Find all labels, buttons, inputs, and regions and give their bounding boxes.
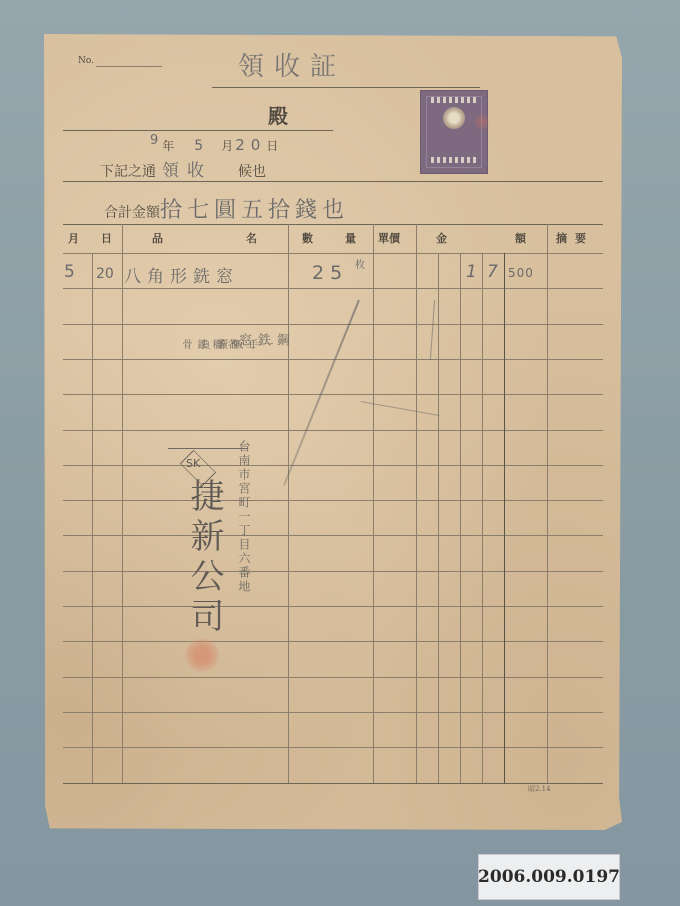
header-day: 日 [101, 230, 112, 246]
receipt-suffix: 候也 [238, 164, 266, 180]
table-row-line [63, 571, 603, 572]
table-row-line [63, 535, 603, 536]
total-row: 合計金額拾七圓五拾錢也 [104, 193, 349, 224]
table-row-line [63, 677, 603, 678]
table-column-line [482, 253, 483, 783]
number-line [96, 66, 162, 67]
day-value: 20 [235, 136, 266, 154]
divider-2 [63, 224, 603, 225]
receipt-prefix: 下記之通 [100, 164, 156, 180]
receipt-statement: 下記之通領收候也 [100, 156, 266, 181]
year-label: 年 [162, 137, 174, 154]
day-label: 日 [266, 137, 278, 154]
row-item: 八角形銑窓 [124, 262, 239, 287]
catalog-number-label: 2006.009.0197 [478, 854, 620, 900]
month-value: 5 [194, 138, 203, 154]
header-qty-1: 數 [302, 230, 313, 246]
sk-badge-text: SK [186, 457, 200, 470]
red-cancel-mark [474, 112, 490, 132]
row-quantity: 25 [312, 262, 348, 284]
stamp-service-4: 各種鉄骨 [178, 339, 238, 350]
number-label: No. [78, 56, 94, 66]
row-month: 5 [64, 262, 75, 282]
date-row: 9年5月20日 [150, 136, 278, 154]
row-day: 20 [96, 266, 114, 282]
table-row-line [63, 253, 603, 254]
table-column-line [504, 253, 505, 783]
table-column-line [438, 253, 439, 783]
table-row-line [63, 394, 603, 395]
table-row-line [63, 500, 603, 501]
revenue-stamp [420, 90, 488, 174]
header-amount-1: 金 [436, 230, 447, 246]
year-value: 9 [150, 133, 158, 148]
table-column-line [288, 224, 289, 783]
header-qty-2: 量 [345, 230, 356, 246]
table-column-line [547, 224, 548, 783]
table-row-line [63, 641, 603, 642]
company-address: 台南市宮町一丁目六番地 [236, 440, 253, 594]
receipt-handwritten: 領收 [162, 161, 212, 181]
company-name: 捷新公司 [180, 478, 229, 638]
table-row-line [63, 747, 603, 748]
table-row-line [63, 430, 603, 431]
total-amount: 拾七圓五拾錢也 [160, 198, 349, 223]
table-row-line [63, 288, 603, 289]
table-column-line [460, 253, 461, 783]
table-row-line [63, 465, 603, 466]
header-month: 月 [68, 230, 79, 246]
table-row-line [63, 324, 603, 325]
header-item-2: 名 [246, 230, 257, 246]
month-label: 月 [221, 137, 233, 154]
chrysanthemum-icon [443, 107, 465, 129]
divider-1 [63, 181, 603, 182]
row-amount-ones: 7 [487, 262, 498, 282]
header-item-1: 品 [152, 230, 163, 246]
table-column-line [373, 224, 374, 783]
form-code: 昭2.14 [528, 784, 551, 794]
receipt-paper [44, 34, 622, 830]
header-unit-price: 單價 [378, 230, 400, 246]
red-seal [184, 638, 220, 672]
row-amount-tens: 1 [466, 262, 477, 282]
table-column-line [92, 253, 93, 783]
row-quantity-unit: 枚 [355, 256, 365, 271]
table-column-line [122, 224, 123, 783]
bottom-line [63, 783, 603, 784]
row-amount-sen: 500 [508, 266, 534, 280]
receipt-title: 領收証 [238, 46, 346, 83]
total-label: 合計金額 [104, 205, 160, 221]
table-row-line [63, 712, 603, 713]
title-underline [212, 87, 480, 88]
addressee-line [63, 130, 333, 131]
table-column-line [416, 224, 417, 783]
header-remarks: 摘要 [556, 230, 594, 246]
header-amount-2: 額 [515, 230, 526, 246]
addressee-suffix: 殿 [268, 100, 288, 129]
table-row-line [63, 606, 603, 607]
